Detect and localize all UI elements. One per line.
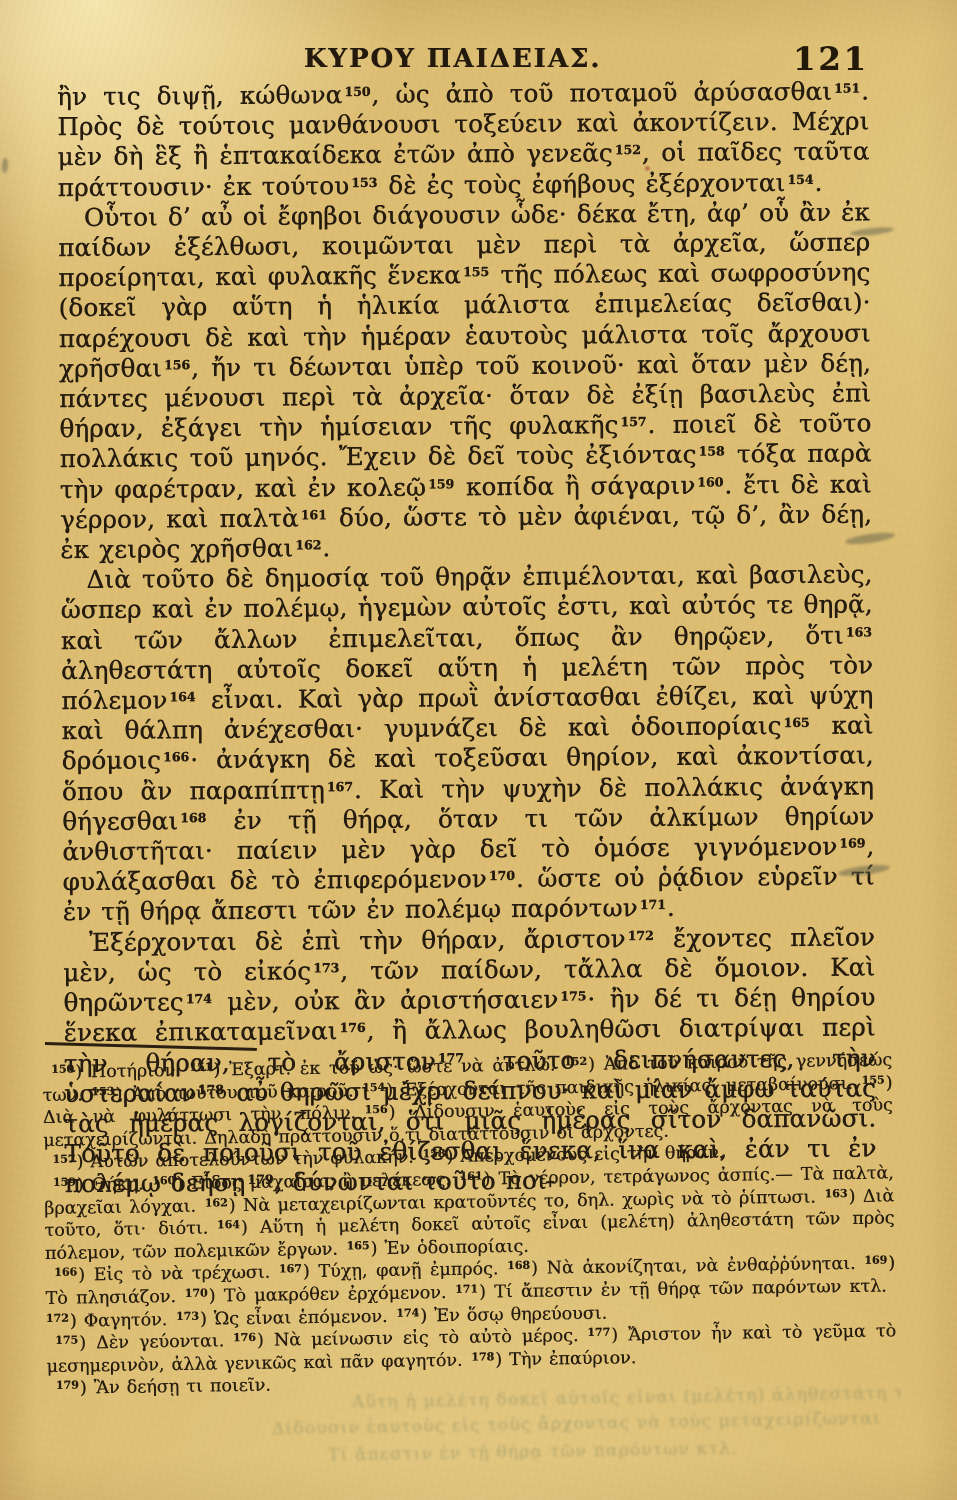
footnotes: 150) Ποτήριον. 151) Ἐξαρτ. ἐκ τοῦ ὡς· ὥσ… <box>42 1049 897 1400</box>
footnote-ref: 163 <box>846 624 872 639</box>
footnote-group: 166) Εἰς τὸ νὰ τρέχωσι. 167) Τύχῃ, φανῇ … <box>45 1253 896 1333</box>
footnote-ref: 160 <box>697 474 723 489</box>
footnote-ref: 175 <box>560 988 586 1003</box>
footnote-number: 161 <box>459 1169 482 1182</box>
ink-smudge <box>1 158 8 173</box>
bleedthrough-text: Τί ἄπεστιν ἐν τῇ θήρᾳ τῶν παρόντων κτλ. <box>328 1438 760 1466</box>
footnote-number: 178 <box>471 1350 494 1363</box>
footnote-number: 162 <box>205 1196 228 1209</box>
footnote-number: 169 <box>864 1254 887 1267</box>
footnote-ref: 165 <box>783 715 809 730</box>
footnote-ref: 158 <box>698 444 724 459</box>
footnote-number: 159 <box>53 1175 76 1188</box>
footnote-number: 176 <box>233 1331 256 1344</box>
running-title: ΚΥΡΟΥ ΠΑΙΔΕΙΑΣ. <box>0 44 905 74</box>
footnote-number: 173 <box>176 1309 199 1322</box>
page-number: 121 <box>793 40 869 78</box>
footnote-number: 174 <box>396 1306 419 1319</box>
footnote-number: 150 <box>51 1063 74 1076</box>
footnote-ref: 171 <box>640 897 666 912</box>
footnote-ref: 172 <box>628 928 654 943</box>
footnote-ref: 161 <box>301 507 327 522</box>
footnote-ref: 153 <box>351 174 377 189</box>
footnote-ref: 150 <box>344 84 370 99</box>
footnote-number: 152 <box>564 1055 587 1068</box>
footnote-number: 179 <box>56 1379 79 1392</box>
footnote-number: 157 <box>52 1153 75 1166</box>
paragraph: Οὗτοι δ’ αὖ οἱ ἔφηβοι διάγουσιν ὧδε· δέκ… <box>58 197 873 565</box>
footnote-ref: 174 <box>186 991 212 1006</box>
paragraph: Διὰ τοῦτο δὲ δημοσίᾳ τοῦ θηρᾷν ἐπιμέλοντ… <box>60 560 875 928</box>
footnote-ref: 170 <box>489 868 515 883</box>
footnote-ref: 168 <box>180 810 206 825</box>
footnote-number: 170 <box>185 1287 208 1300</box>
footnote-number: 153 <box>91 1085 114 1098</box>
footnote-number: 177 <box>587 1326 610 1339</box>
footnote-ref: 169 <box>839 835 865 850</box>
main-text: ἢν τις διψῇ, κώθωνα150, ὡς ἀπὸ τοῦ ποταμ… <box>57 76 877 1199</box>
footnote-ref: 176 <box>339 1020 365 1035</box>
book-page: ΚΥΡΟΥ ΠΑΙΔΕΙΑΣ. 121 ἢν τις διψῇ, κώθωνα1… <box>0 0 957 1500</box>
footnote-ref: 166 <box>163 750 189 765</box>
footnote-ref: 152 <box>615 142 641 157</box>
footnote-number: 154 <box>362 1081 385 1094</box>
paragraph: ἢν τις διψῇ, κώθωνα150, ὡς ἀπὸ τοῦ ποταμ… <box>57 76 870 202</box>
footnote-number: 172 <box>46 1311 69 1324</box>
bleedthrough-text: Δίδουσιν ἑαυτοὺς εἰς τοὺς ἄρχοντας νὰ το… <box>272 1409 880 1440</box>
footnote-number: 165 <box>346 1239 369 1252</box>
footnote-number: 163 <box>824 1187 847 1200</box>
footnote-number: 167 <box>279 1263 302 1276</box>
footnote-ref: 164 <box>169 689 195 704</box>
footnote-ref: 155 <box>463 264 489 279</box>
footnote-ref: 173 <box>313 960 339 975</box>
footnote-ref: 167 <box>327 779 353 794</box>
footnote-ref: 162 <box>295 537 321 552</box>
footnote-ref: 156 <box>164 357 190 372</box>
footnote-group: 150) Ποτήριον. 151) Ἐξαρτ. ἐκ τοῦ ὡς· ὥσ… <box>42 1049 893 1152</box>
footnote-ref: 157 <box>620 414 646 429</box>
footnote-ref: 151 <box>834 80 860 95</box>
footnote-number: 164 <box>217 1218 240 1231</box>
footnote-number: 168 <box>507 1259 530 1272</box>
footnote-ref: 154 <box>787 171 813 186</box>
footnote-number: 158 <box>422 1147 445 1160</box>
footnote-ref: 159 <box>428 476 454 491</box>
footnote-number: 175 <box>55 1334 78 1347</box>
footnote-number: 171 <box>455 1282 478 1295</box>
footnote-number: 156 <box>364 1103 387 1116</box>
footnote-number: 166 <box>54 1266 77 1279</box>
ink-speck <box>645 166 650 171</box>
footnote-number: 151 <box>189 1060 212 1073</box>
footnote-number: 160 <box>152 1174 175 1187</box>
footnote-group: 159) Θήκη. 160) Εἶδος μαχαίρας ἢ πελέκεω… <box>44 1162 895 1265</box>
footnote-number: 155 <box>861 1073 884 1086</box>
